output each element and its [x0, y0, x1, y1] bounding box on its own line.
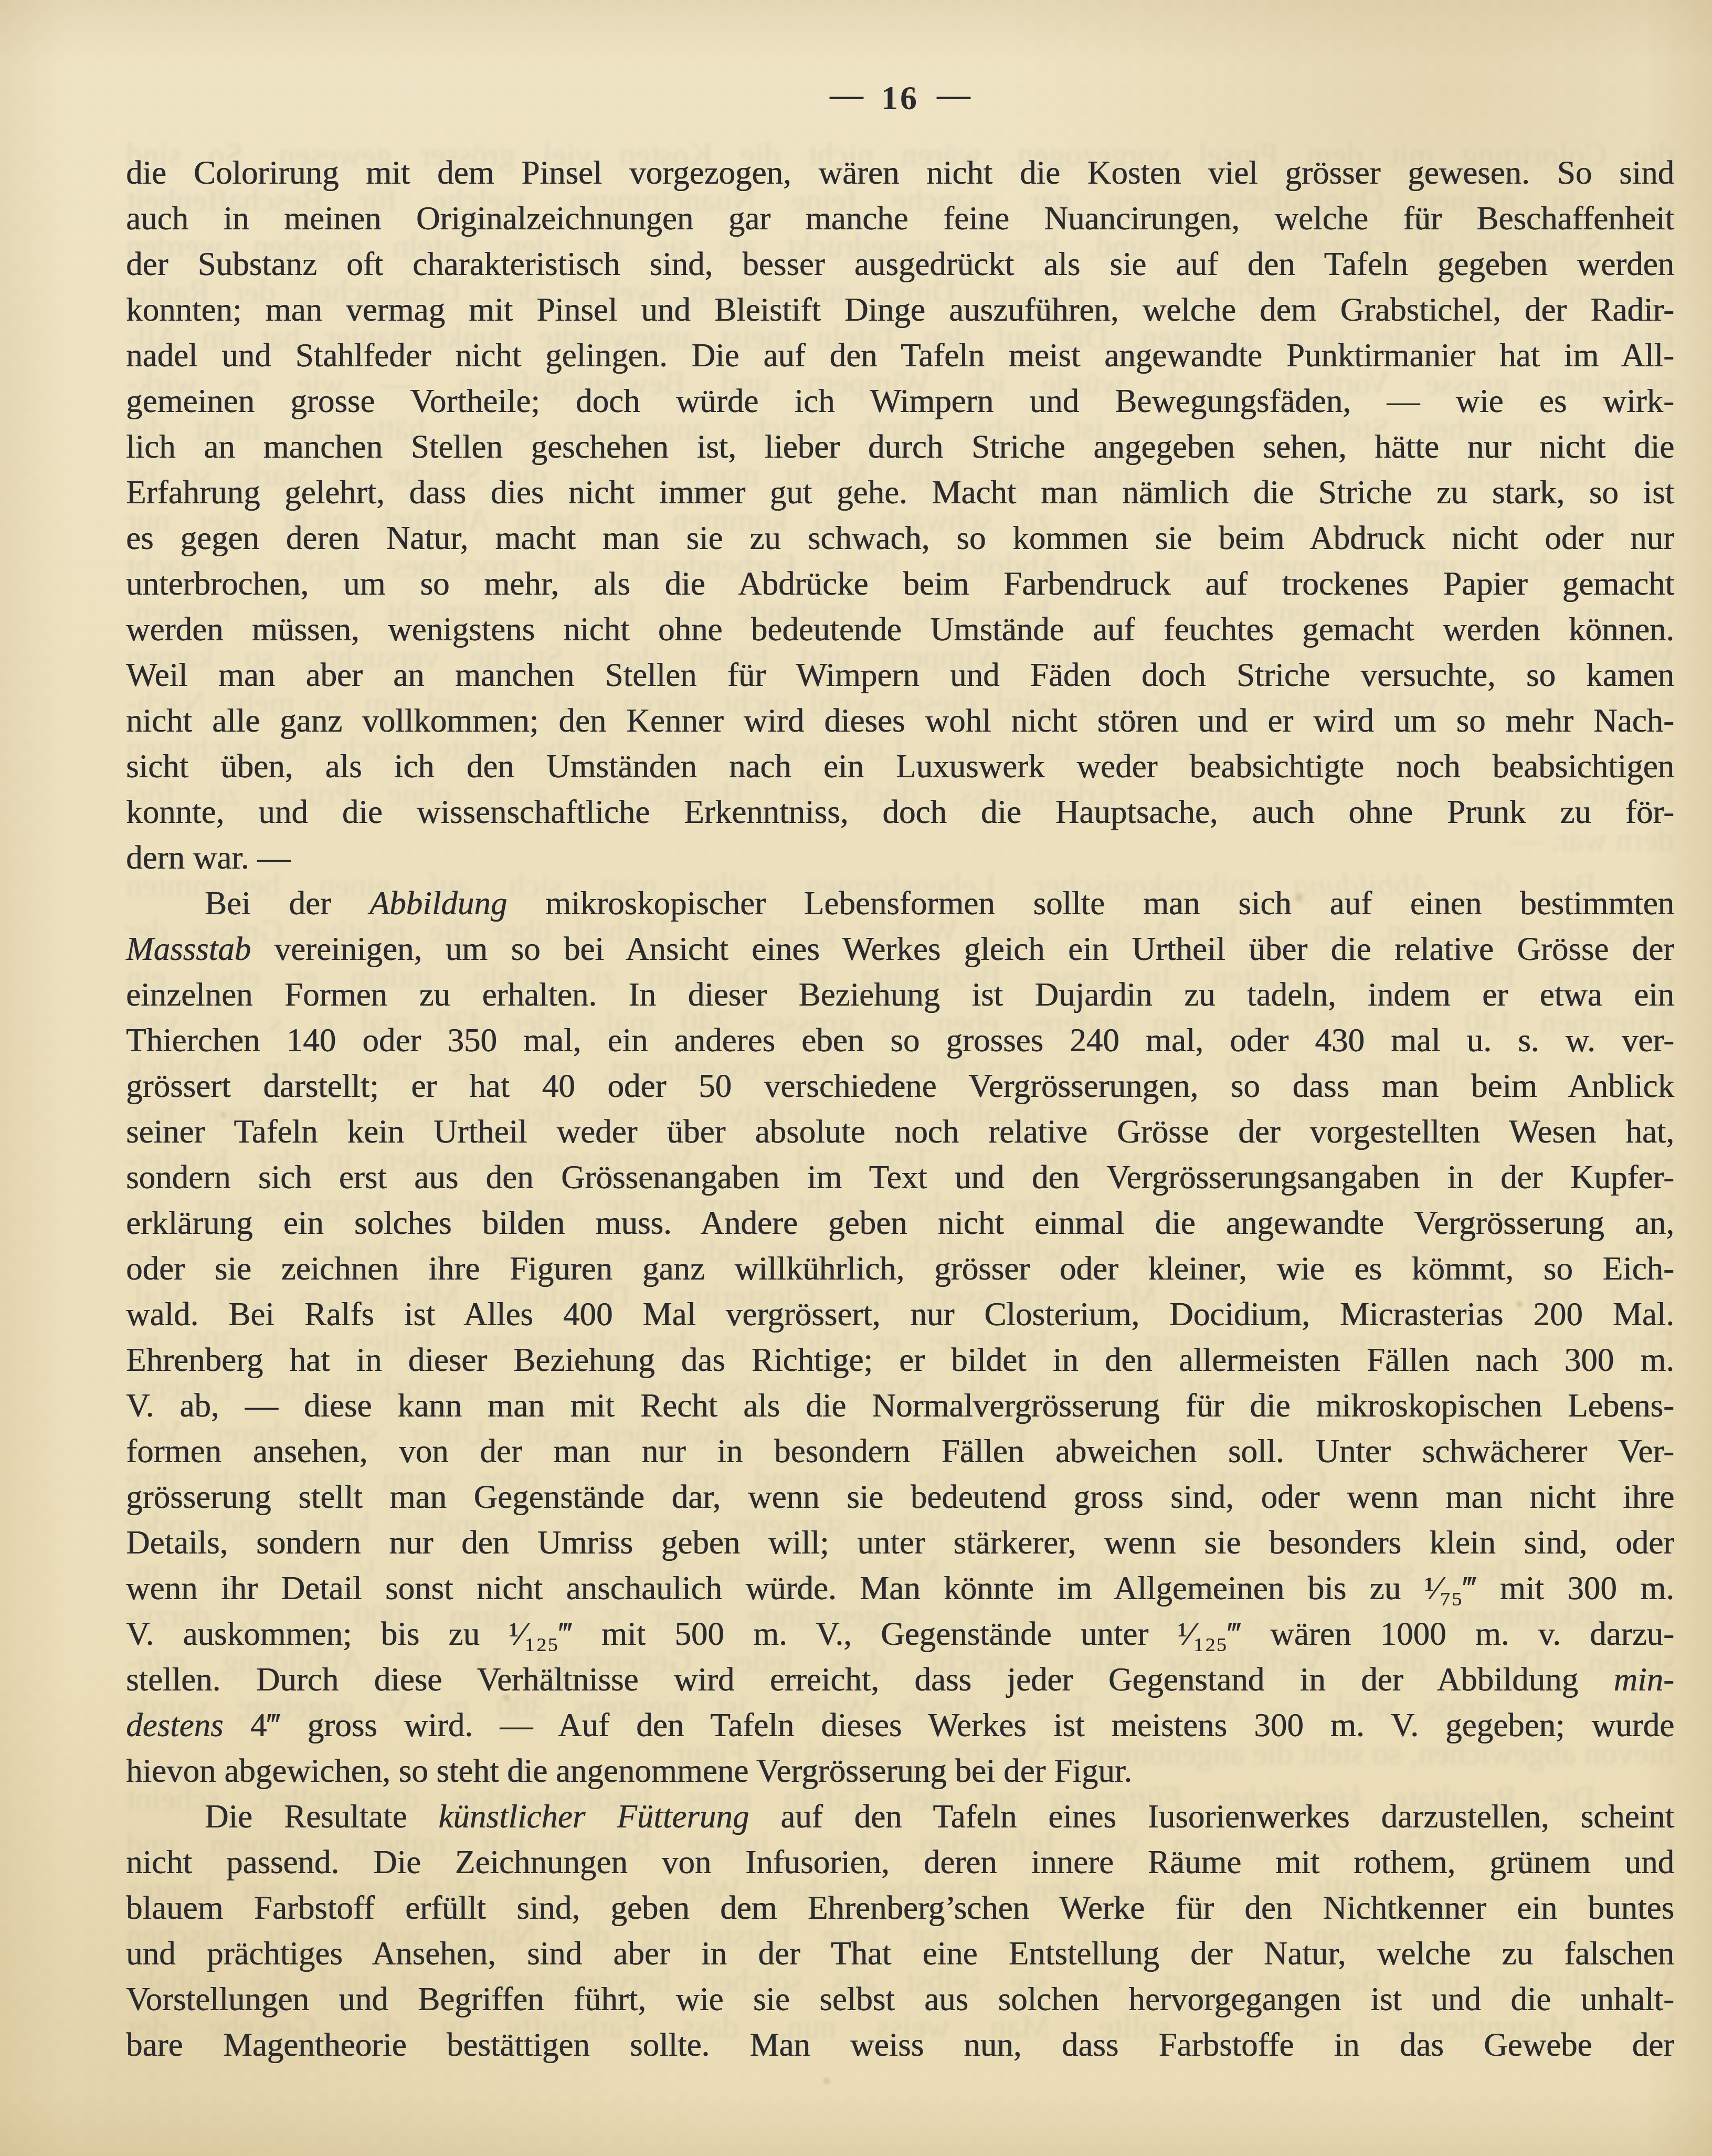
text-line: gemeinen grosse Vortheile; doch würde ic…: [126, 378, 1674, 424]
text-line: der Substanz oft charakteristisch sind, …: [126, 241, 1674, 287]
page-number: 16: [881, 79, 919, 117]
page-number-header: —16—: [126, 79, 1674, 118]
text-line: oder sie zeichnen ihre Figuren ganz will…: [126, 1246, 1674, 1292]
text-line: sondern sich erst aus den Grössenangaben…: [126, 1155, 1674, 1200]
text-block: die Colorirung mit dem Pinsel vorgezogen…: [126, 150, 1674, 2068]
header-dash-right: —: [937, 76, 970, 114]
text-line: konnte, und die wissenschaftliche Erkenn…: [126, 789, 1674, 835]
text-line: grössert darstellt; er hat 40 oder 50 ve…: [126, 1063, 1674, 1109]
text-line: werden müssen, wenigstens nicht ohne bed…: [126, 607, 1674, 652]
text-line: seiner Tafeln kein Urtheil weder über ab…: [126, 1109, 1674, 1155]
text-line: blauem Farbstoff erfüllt sind, geben dem…: [126, 1885, 1674, 1931]
text-line: Die Resultate künstlicher Fütterung auf …: [126, 1794, 1674, 1840]
text-line: grösserung stellt man Gegenstände dar, w…: [126, 1474, 1674, 1520]
scanned-book-page: { "page": { "number": "16", "header_dash…: [0, 0, 1712, 2156]
text-line: nicht alle ganz vollkommen; den Kenner w…: [126, 698, 1674, 744]
text-line: wald. Bei Ralfs ist Alles 400 Mal vergrö…: [126, 1292, 1674, 1337]
text-line: nicht passend. Die Zeichnungen von Infus…: [126, 1840, 1674, 1885]
text-line: einzelnen Formen zu erhalten. In dieser …: [126, 972, 1674, 1018]
text-line: sicht üben, als ich den Umständen nach e…: [126, 744, 1674, 789]
text-line: V. ab, — diese kann man mit Recht als di…: [126, 1383, 1674, 1429]
text-line: erklärung ein solches bilden muss. Ander…: [126, 1200, 1674, 1246]
text-line: formen ansehen, von der man nur in beson…: [126, 1429, 1674, 1474]
text-line: destens 4‴ gross wird. — Auf den Tafeln …: [126, 1703, 1674, 1748]
text-line: konnten; man vermag mit Pinsel und Bleis…: [126, 287, 1674, 333]
text-line: die Colorirung mit dem Pinsel vorgezogen…: [126, 150, 1674, 196]
text-line: Details, sondern nur den Umriss geben wi…: [126, 1520, 1674, 1566]
paper-foxing-speckles: [0, 0, 5, 5]
text-line: dern war. —: [126, 835, 1674, 881]
paragraph: die Colorirung mit dem Pinsel vorgezogen…: [126, 150, 1674, 881]
text-line: Thierchen 140 oder 350 mal, ein anderes …: [126, 1018, 1674, 1063]
paragraph: Die Resultate künstlicher Fütterung auf …: [126, 1794, 1674, 2068]
text-line: nadel und Stahlfeder nicht gelingen. Die…: [126, 333, 1674, 378]
text-line: Ehrenberg hat in dieser Beziehung das Ri…: [126, 1337, 1674, 1383]
text-line: unterbrochen, um so mehr, als die Abdrüc…: [126, 561, 1674, 607]
text-line: bare Magentheorie bestättigen sollte. Ma…: [126, 2022, 1674, 2068]
header-dash-left: —: [830, 76, 863, 114]
text-line: Weil man aber an manchen Stellen für Wim…: [126, 652, 1674, 698]
text-line: Massstab vereinigen, um so bei Ansicht e…: [126, 926, 1674, 972]
text-line: hievon abgewichen, so steht die angenomm…: [126, 1748, 1674, 1794]
text-line: Bei der Abbildung mikroskopischer Lebens…: [126, 881, 1674, 926]
text-line: es gegen deren Natur, macht man sie zu s…: [126, 515, 1674, 561]
text-line: V. auskommen; bis zu ¹⁄₁₂₅‴ mit 500 m. V…: [126, 1611, 1674, 1657]
text-line: auch in meinen Originalzeichnungen gar m…: [126, 196, 1674, 241]
paragraph: Bei der Abbildung mikroskopischer Lebens…: [126, 881, 1674, 1794]
text-line: Erfahrung gelehrt, dass dies nicht immer…: [126, 470, 1674, 515]
text-line: Vorstellungen und Begriffen führt, wie s…: [126, 1977, 1674, 2022]
text-line: stellen. Durch diese Verhältnisse wird e…: [126, 1657, 1674, 1703]
text-line: und prächtiges Ansehen, sind aber in der…: [126, 1931, 1674, 1977]
text-line: wenn ihr Detail sonst nicht anschaulich …: [126, 1566, 1674, 1611]
text-line: lich an manchen Stellen geschehen ist, l…: [126, 424, 1674, 470]
